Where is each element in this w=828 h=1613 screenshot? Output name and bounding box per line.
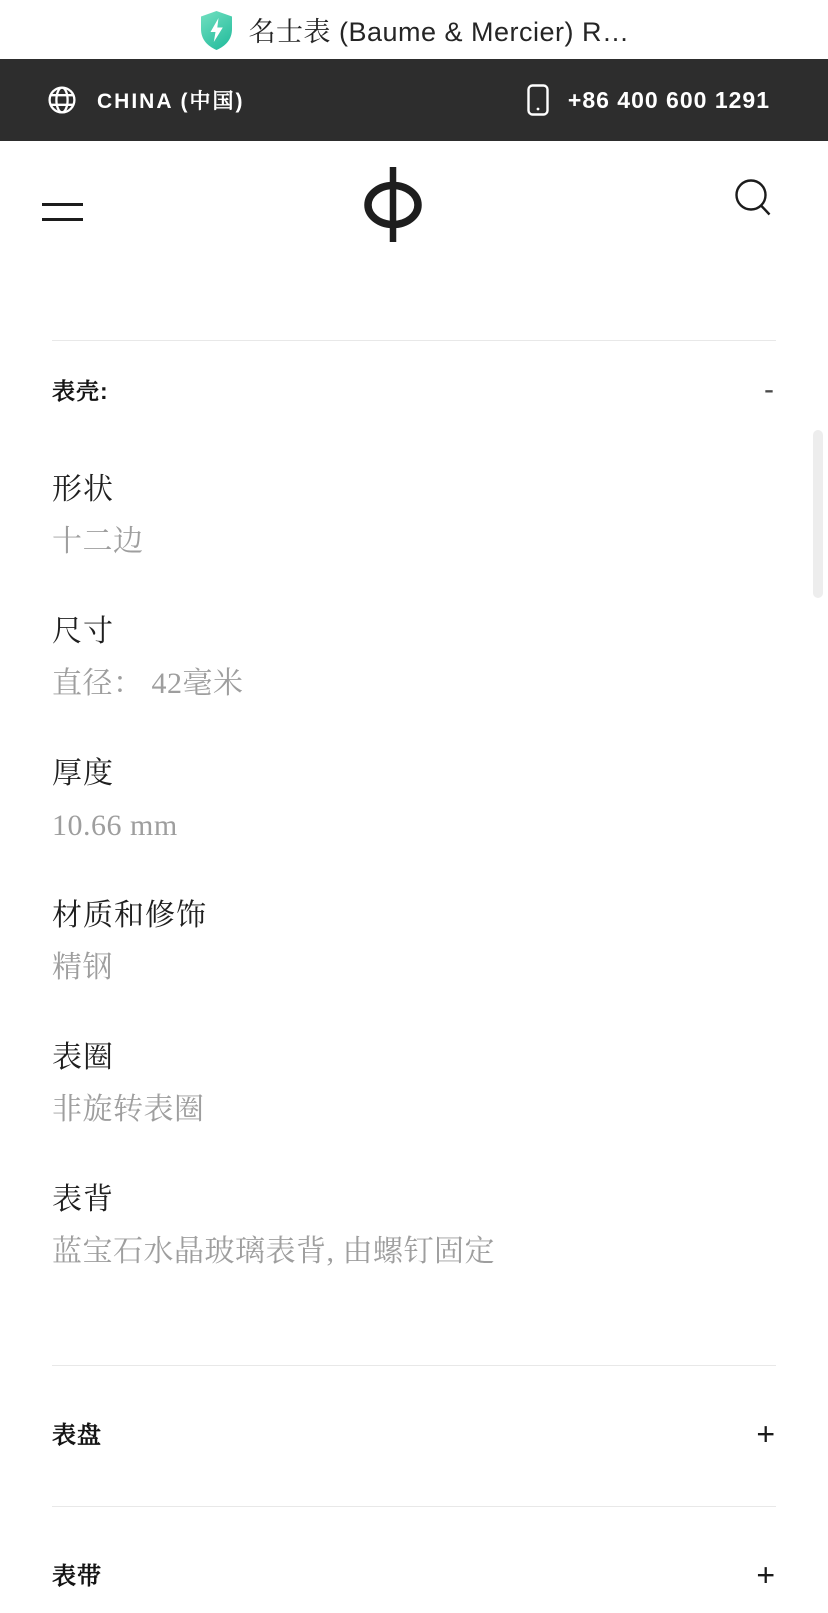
spec-value: 精钢 bbox=[52, 948, 776, 988]
dial-section-title: 表盘 bbox=[52, 1421, 102, 1451]
spec-name: 尺寸 bbox=[52, 612, 776, 652]
globe-icon bbox=[47, 85, 77, 115]
app-title: 名士表 (Baume & Mercier) R… bbox=[248, 10, 629, 49]
search-icon[interactable] bbox=[728, 174, 776, 222]
expand-icon[interactable]: + bbox=[755, 1562, 776, 1588]
spec-item-shape: 形状 十二边 bbox=[52, 470, 776, 562]
phi-logo[interactable] bbox=[364, 167, 422, 242]
spec-item-thickness: 厚度 10.66 mm bbox=[52, 754, 776, 846]
section-divider bbox=[52, 1506, 776, 1507]
specs-content: 表壳: - 形状 十二边 尺寸 直径： 42毫米 厚度 10.66 mm 材质和… bbox=[0, 374, 828, 1592]
spec-value: 直径： 42毫米 bbox=[52, 664, 776, 704]
case-section-title: 表壳: bbox=[52, 374, 109, 408]
site-header bbox=[0, 141, 828, 340]
spec-list: 形状 十二边 尺寸 直径： 42毫米 厚度 10.66 mm 材质和修饰 精钢 … bbox=[52, 470, 776, 1272]
region-label: CHINA (中国) bbox=[97, 85, 245, 115]
spec-name: 表圈 bbox=[52, 1038, 776, 1078]
page: 名士表 (Baume & Mercier) R… CHINA (中国) bbox=[0, 0, 828, 1613]
spec-name: 形状 bbox=[52, 470, 776, 510]
spec-name: 材质和修饰 bbox=[52, 896, 776, 936]
expand-icon[interactable]: + bbox=[755, 1421, 776, 1447]
shield-bolt-icon bbox=[198, 10, 235, 51]
phone-number: +86 400 600 1291 bbox=[568, 87, 770, 114]
spec-item-caseback: 表背 蓝宝石水晶玻璃表背, 由螺钉固定 bbox=[52, 1180, 776, 1272]
spec-item-bezel: 表圈 非旋转表圈 bbox=[52, 1038, 776, 1130]
spec-value: 非旋转表圈 bbox=[52, 1090, 776, 1130]
utility-bar: CHINA (中国) +86 400 600 1291 bbox=[0, 59, 828, 141]
strap-section-title: 表带 bbox=[52, 1562, 102, 1592]
spec-item-material: 材质和修饰 精钢 bbox=[52, 896, 776, 988]
phone-contact[interactable]: +86 400 600 1291 bbox=[527, 84, 770, 116]
status-bar: 名士表 (Baume & Mercier) R… bbox=[0, 0, 828, 59]
spec-item-size: 尺寸 直径： 42毫米 bbox=[52, 612, 776, 704]
spec-name: 厚度 bbox=[52, 754, 776, 794]
spec-value: 10.66 mm bbox=[52, 806, 776, 846]
scrollbar-thumb[interactable] bbox=[813, 430, 823, 598]
header-divider bbox=[52, 340, 776, 341]
region-selector[interactable]: CHINA (中国) bbox=[47, 85, 245, 115]
strap-section-header[interactable]: 表带 + bbox=[52, 1562, 776, 1592]
dial-section-header[interactable]: 表盘 + bbox=[52, 1421, 776, 1451]
menu-icon[interactable] bbox=[42, 199, 83, 221]
case-section-header[interactable]: 表壳: - bbox=[52, 374, 776, 408]
section-divider bbox=[52, 1365, 776, 1366]
spec-name: 表背 bbox=[52, 1180, 776, 1220]
spec-value: 十二边 bbox=[52, 522, 776, 562]
phone-icon bbox=[527, 84, 549, 116]
spec-value: 蓝宝石水晶玻璃表背, 由螺钉固定 bbox=[52, 1232, 776, 1272]
collapse-icon[interactable]: - bbox=[762, 383, 776, 397]
